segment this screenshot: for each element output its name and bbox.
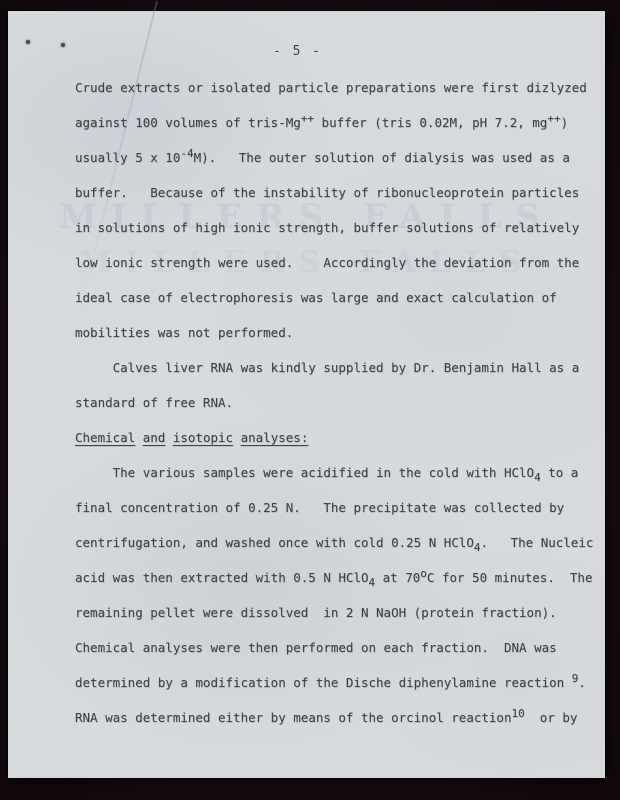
text-line: usually 5 x 10-4M). The outer solution o…	[75, 147, 600, 182]
document-body-text: Crude extracts or isolated particle prep…	[75, 77, 600, 742]
text-line: mobilities was not performed.	[75, 322, 600, 357]
text-line: Calves liver RNA was kindly supplied by …	[75, 357, 600, 392]
text-line: remaining pellet were dissolved in 2 N N…	[75, 602, 600, 637]
text-line: final concentration of 0.25 N. The preci…	[75, 497, 600, 532]
text-line: acid was then extracted with 0.5 N HClO4…	[75, 567, 600, 602]
text-line: RNA was determined either by means of th…	[75, 707, 600, 742]
page-number: - 5 -	[8, 44, 587, 59]
section-heading: Chemical and isotopic analyses:	[75, 427, 600, 462]
text-line: determined by a modification of the Disc…	[75, 672, 600, 707]
text-line: standard of free RNA.	[75, 392, 600, 427]
text-line: in solutions of high ionic strength, buf…	[75, 217, 600, 252]
text-line: ideal case of electrophoresis was large …	[75, 287, 600, 322]
document-page: MILLERS FALLS MILLERS FALLS - 5 - Crude …	[8, 11, 605, 778]
text-line: The various samples were acidified in th…	[75, 462, 600, 497]
text-line: Chemical analyses were then performed on…	[75, 637, 600, 672]
text-line: Crude extracts or isolated particle prep…	[75, 77, 600, 112]
text-line: against 100 volumes of tris-Mg++ buffer …	[75, 112, 600, 147]
text-line: centrifugation, and washed once with col…	[75, 532, 600, 567]
text-line: low ionic strength were used. Accordingl…	[75, 252, 600, 287]
text-line: buffer. Because of the instability of ri…	[75, 182, 600, 217]
